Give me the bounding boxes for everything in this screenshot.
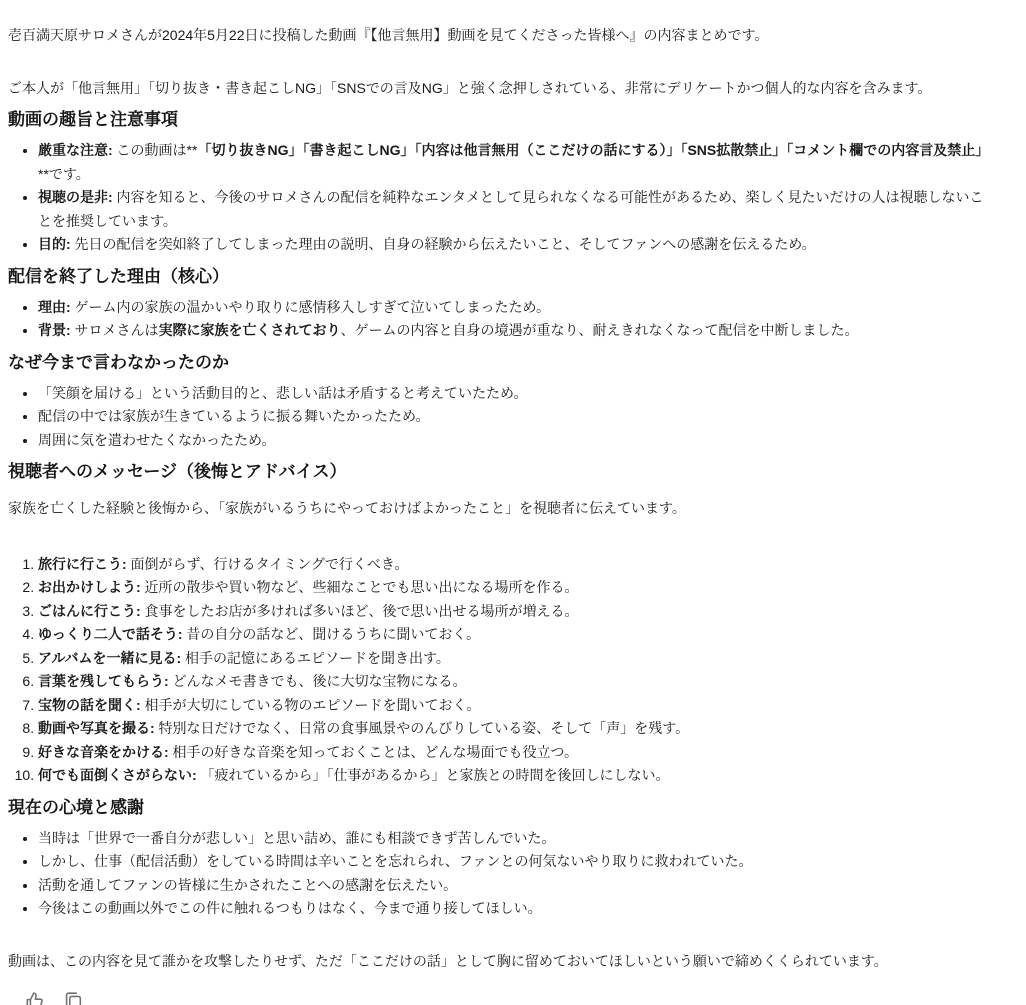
list-item: 何でも面倒くさがらない: 「疲れているから」「仕事があるから」と家族との時間を後… — [38, 764, 996, 788]
notice-paragraph: ご本人が「他言無用」「切り抜き・書き起こしNG」「SNSでの言及NG」と強く念押… — [8, 77, 996, 101]
bullet-list-reason: 理由: ゲーム内の家族の温かいやり取りに感情移入しすぎて泣いてしまったため。 背… — [8, 296, 996, 343]
list-item: 動画や写真を撮る: 特別な日だけでなく、日常の食事風景やのんびりしている姿、そし… — [38, 717, 996, 741]
list-item: 視聴の是非: 内容を知ると、今後のサロメさんの配信を純粋なエンタメとして見られな… — [38, 186, 996, 233]
copy-button[interactable] — [62, 990, 84, 1005]
list-item: 旅行に行こう: 面倒がらず、行けるタイミングで行くべき。 — [38, 553, 996, 577]
list-item: 言葉を残してもらう: どんなメモ書きでも、後に大切な宝物になる。 — [38, 670, 996, 694]
list-item: 宝物の話を聞く: 相手が大切にしている物のエピソードを聞いておく。 — [38, 694, 996, 718]
list-item: 「笑顔を届ける」という活動目的と、悲しい話は矛盾すると考えていたため。 — [38, 382, 996, 406]
list-item: アルバムを一緒に見る: 相手の記憶にあるエピソードを聞き出す。 — [38, 647, 996, 671]
chat-response-document: 壱百満天原サロメさんが2024年5月22日に投稿した動画『【他言無用】動画を見て… — [0, 0, 1026, 1005]
list-item: 厳重な注意: この動画は**「切り抜きNG」「書き起こしNG」「内容は他言無用（… — [38, 139, 996, 186]
list-item: 周囲に気を遣わせたくなかったため。 — [38, 429, 996, 453]
list-item: ゆっくり二人で話そう: 昔の自分の話など、聞けるうちに聞いておく。 — [38, 623, 996, 647]
intro-paragraph: 壱百満天原サロメさんが2024年5月22日に投稿した動画『【他言無用】動画を見て… — [8, 24, 996, 48]
list-item: 活動を通してファンの皆様に生かされたことへの感謝を伝えたい。 — [38, 874, 996, 898]
section-heading-gratitude: 現在の心境と感謝 — [8, 798, 996, 818]
list-item: 理由: ゲーム内の家族の温かいやり取りに感情移入しすぎて泣いてしまったため。 — [38, 296, 996, 320]
list-item: ごはんに行こう: 食事をしたお店が多ければ多いほど、後で思い出せる場所が増える。 — [38, 600, 996, 624]
list-item: 背景: サロメさんは実際に家族を亡くされており、ゲームの内容と自身の境遇が重なり… — [38, 319, 996, 343]
bullet-list-gratitude: 当時は「世界で一番自分が悲しい」と思い詰め、誰にも相談できず苦しんでいた。 しか… — [8, 827, 996, 921]
closing-paragraph: 動画は、この内容を見て誰かを攻撃したりせず、ただ「ここだけの話」として胸に留めて… — [8, 950, 996, 974]
list-item: 好きな音楽をかける: 相手の好きな音楽を知っておくことは、どんな場面でも役立つ。 — [38, 741, 996, 765]
list-item: お出かけしよう: 近所の散歩や買い物など、些細なことでも思い出になる場所を作る。 — [38, 576, 996, 600]
list-item: 配信の中では家族が生きているように振る舞いたかったため。 — [38, 405, 996, 429]
bullet-list-purpose: 厳重な注意: この動画は**「切り抜きNG」「書き起こしNG」「内容は他言無用（… — [8, 139, 996, 257]
section-heading-message: 視聴者へのメッセージ（後悔とアドバイス） — [8, 462, 996, 482]
section-heading-why-silent: なぜ今まで言わなかったのか — [8, 353, 996, 373]
section-heading-purpose: 動画の趣旨と注意事項 — [8, 110, 996, 130]
list-item: 今後はこの動画以外でこの件に触れるつもりはなく、今まで通り接してほしい。 — [38, 897, 996, 921]
bullet-list-why-silent: 「笑顔を届ける」という活動目的と、悲しい話は矛盾すると考えていたため。 配信の中… — [8, 382, 996, 453]
numbered-advice-list: 旅行に行こう: 面倒がらず、行けるタイミングで行くべき。 お出かけしよう: 近所… — [8, 553, 996, 788]
list-item: 当時は「世界で一番自分が悲しい」と思い詰め、誰にも相談できず苦しんでいた。 — [38, 827, 996, 851]
response-actions — [8, 990, 996, 1005]
message-lead-paragraph: 家族を亡くした経験と後悔から、「家族がいるうちにやっておけばよかったこと」を視聴… — [8, 497, 996, 521]
list-item: 目的: 先日の配信を突如終了してしまった理由の説明、自身の経験から伝えたいこと、… — [38, 233, 996, 257]
thumbs-up-button[interactable] — [24, 990, 46, 1005]
section-heading-reason: 配信を終了した理由（核心） — [8, 267, 996, 287]
copy-icon — [62, 990, 84, 1005]
list-item: しかし、仕事（配信活動）をしている時間は辛いことを忘れられ、ファンとの何気ないや… — [38, 850, 996, 874]
thumbs-up-icon — [24, 990, 46, 1005]
